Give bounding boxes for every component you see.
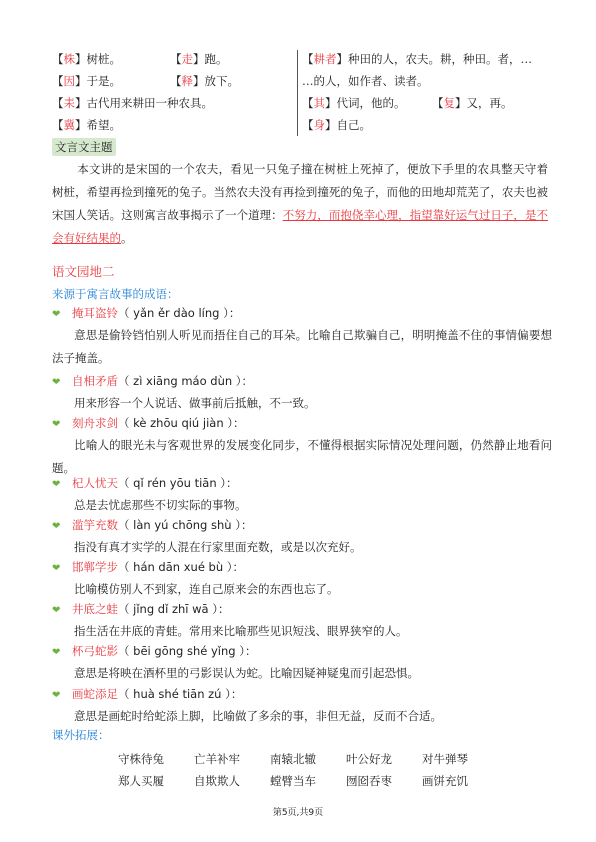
idiom-name: 掩耳盗铃 (72, 306, 118, 320)
glossary-row: 【因】于是。 【释】放下。 (52, 70, 292, 92)
idiom-name: 邯郸学步 (72, 560, 118, 574)
idiom-name: 井底之蛙 (72, 602, 118, 616)
glossary-row: 【株】树桩。 【走】跑。 (52, 48, 292, 70)
theme-paragraph: 本文讲的是宋国的一个农夫，看见一只兔子撞在树桩上死掉了，便放下手里的农具整天守着… (52, 158, 548, 250)
extension-idiom: 守株待兔 (118, 748, 194, 770)
glossary-row: 【其】代词，他的。 【复】又，再。 (302, 92, 552, 114)
section-subtitle: 来源于寓言故事的成语： (52, 286, 179, 302)
extension-idiom: 南辕北辙 (270, 748, 346, 770)
extension-idiom: 亡羊补牢 (194, 748, 270, 770)
idiom-entry: ❤邯郸学步（ hán dān xué bù ）： 比喻模仿别人不到家，连自己原来… (52, 556, 552, 601)
glossary-row: 【耒】古代用来耕田一种农具。 (52, 92, 292, 114)
heart-icon: ❤ (52, 414, 64, 436)
heart-icon: ❤ (52, 558, 64, 580)
idiom-pinyin: （ kè zhōu qiú jiàn ）： (118, 416, 245, 430)
idiom-description: 意思是偷铃铛怕别人听见而捂住自己的耳朵。比喻自己欺骗自己，明明掩盖不住的事情偏要… (52, 324, 552, 370)
idiom-pinyin: （ yǎn ěr dào líng ）： (118, 306, 240, 320)
glossary-term: 【株】树桩。 (52, 52, 121, 66)
extension-idiom: 螳臂当车 (270, 770, 346, 792)
heart-icon: ❤ (52, 685, 64, 707)
extension-title: 课外拓展： (52, 727, 110, 743)
theme-text-end: 。 (121, 231, 133, 245)
idiom-pinyin: （ làn yú chōng shù ）： (118, 518, 252, 532)
glossary-right-column: 【耕者】种田的人，农夫。耕，种田。者，… …的人，如作者、读者。 【其】代词，他… (302, 48, 552, 136)
idiom-pinyin: （ bēi gōng shé yǐng ）： (118, 644, 256, 658)
extension-idiom: 囫囵吞枣 (346, 770, 422, 792)
extension-idiom: 对牛弹琴 (422, 748, 498, 770)
idiom-name: 杞人忧天 (72, 476, 118, 490)
idiom-name: 滥竽充数 (72, 518, 118, 532)
idiom-pinyin: （ zì xiāng máo dùn ）： (118, 374, 253, 388)
idiom-entry: ❤掩耳盗铃（ yǎn ěr dào líng ）： 意思是偷铃铛怕别人听见而捂住… (52, 302, 552, 370)
idiom-entry: ❤自相矛盾（ zì xiāng máo dùn ）： 用来形容一个人说话、做事前… (52, 370, 552, 415)
column-divider (297, 50, 298, 136)
heart-icon: ❤ (52, 304, 64, 326)
glossary-row: …的人，如作者、读者。 (302, 70, 552, 92)
glossary-continuation: …的人，如作者、读者。 (302, 74, 429, 88)
idiom-name: 画蛇添足 (72, 687, 118, 701)
extension-idiom: 叶公好龙 (346, 748, 422, 770)
heart-icon: ❤ (52, 372, 64, 394)
glossary-term: 【复】又，再。 (432, 92, 513, 114)
idiom-entry: ❤画蛇添足（ huà shé tiān zú ）： 意思是画蛇时给蛇添上脚，比喻… (52, 683, 552, 728)
glossary-term: 【身】自己。 (302, 118, 371, 132)
glossary-term: 【其】代词，他的。 (302, 96, 406, 110)
extension-row: 郑人买履 自欺欺人 螳臂当车 囫囵吞枣 画饼充饥 (118, 770, 498, 792)
heart-icon: ❤ (52, 642, 64, 664)
idiom-entry: ❤滥竽充数（ làn yú chōng shù ）： 指没有真才实学的人混在行家… (52, 514, 552, 559)
heart-icon: ❤ (52, 516, 64, 538)
extension-idiom: 自欺欺人 (194, 770, 270, 792)
idiom-entry: ❤杞人忧天（ qǐ rén yōu tiān ）： 总是去忧虑那些不切实际的事物… (52, 472, 552, 517)
glossary-term: 【耕者】种田的人，农夫。耕，种田。者，… (302, 52, 532, 66)
idiom-pinyin: （ huà shé tiān zú ）： (118, 687, 242, 701)
idiom-name: 刻舟求剑 (72, 416, 118, 430)
idiom-description: 意思是将映在酒杯里的弓影误认为蛇。比喻因疑神疑鬼而引起恐惧。 (52, 662, 552, 685)
extension-idiom: 画饼充饥 (422, 770, 498, 792)
glossary-term: 【释】放下。 (170, 70, 239, 92)
page-number: 第5页,共9页 (0, 805, 596, 818)
heart-icon: ❤ (52, 474, 64, 496)
glossary-row: 【耕者】种田的人，农夫。耕，种田。者，… (302, 48, 552, 70)
glossary-term: 【因】于是。 (52, 74, 121, 88)
extension-row: 守株待兔 亡羊补牢 南辕北辙 叶公好龙 对牛弹琴 (118, 748, 498, 770)
heart-icon: ❤ (52, 600, 64, 622)
theme-section-tag: 文言文主题 (52, 138, 116, 156)
idiom-name: 自相矛盾 (72, 374, 118, 388)
glossary-table: 【株】树桩。 【走】跑。 【因】于是。 【释】放下。 【耒】古代用来耕田一种农具… (52, 48, 552, 140)
glossary-row: 【冀】希望。 (52, 114, 292, 136)
extension-idiom-grid: 守株待兔 亡羊补牢 南辕北辙 叶公好龙 对牛弹琴 郑人买履 自欺欺人 螳臂当车 … (118, 748, 498, 792)
idiom-entry: ❤刻舟求剑（ kè zhōu qiú jiàn ）： 比喻人的眼光未与客观世界的… (52, 412, 552, 480)
extension-idiom: 郑人买履 (118, 770, 194, 792)
glossary-term: 【耒】古代用来耕田一种农具。 (52, 96, 213, 110)
glossary-term: 【走】跑。 (170, 48, 228, 70)
idiom-pinyin: （ jǐng dǐ zhī wā ）： (118, 602, 229, 616)
document-page: 【株】树桩。 【走】跑。 【因】于是。 【释】放下。 【耒】古代用来耕田一种农具… (0, 0, 596, 842)
idiom-name: 杯弓蛇影 (72, 644, 118, 658)
glossary-term: 【冀】希望。 (52, 118, 121, 132)
idiom-pinyin: （ hán dān xué bù ）： (118, 560, 244, 574)
glossary-left-column: 【株】树桩。 【走】跑。 【因】于是。 【释】放下。 【耒】古代用来耕田一种农具… (52, 48, 292, 136)
section-title: 语文园地二 (52, 262, 115, 280)
idiom-entry: ❤杯弓蛇影（ bēi gōng shé yǐng ）： 意思是将映在酒杯里的弓影… (52, 640, 552, 685)
glossary-row: 【身】自己。 (302, 114, 552, 136)
idiom-pinyin: （ qǐ rén yōu tiān ）： (118, 476, 238, 490)
idiom-entry: ❤井底之蛙（ jǐng dǐ zhī wā ）： 指生活在井底的青蛙。常用来比喻… (52, 598, 552, 643)
idiom-description: 意思是画蛇时给蛇添上脚，比喻做了多余的事，非但无益，反而不合适。 (52, 705, 552, 728)
